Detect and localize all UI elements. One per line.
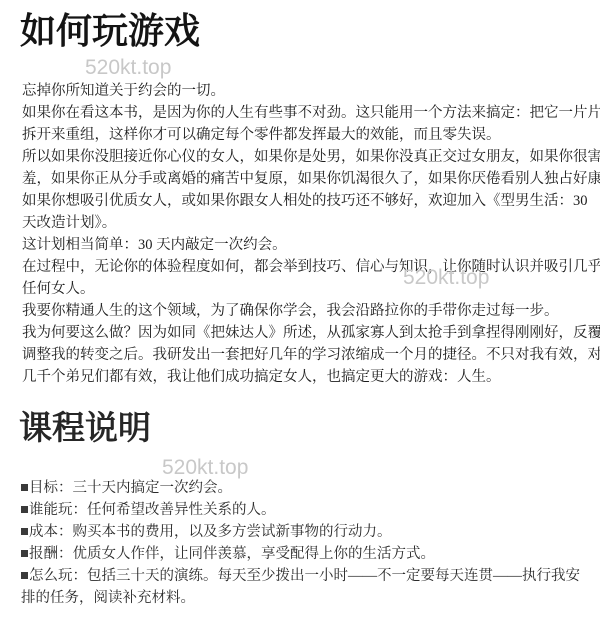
text-line: 这计划相当简单：30 天内敲定一次约会。	[22, 234, 588, 256]
bullet-text: 报酬：优质女人作伴，让同伴羡慕，享受配得上你的生活方式。	[29, 546, 435, 562]
bullet-item: 报酬：优质女人作伴，让同伴羡慕，享受配得上你的生活方式。	[21, 543, 583, 565]
bullet-item: 目标：三十天内搞定一次约会。	[21, 477, 583, 499]
text-line: 我要你精通人生的这个领域，为了确保你学会，我会沿路拉你的手带你走过每一步。	[22, 300, 588, 322]
course-bullets: 目标：三十天内搞定一次约会。 谁能玩：任何希望改善异性关系的人。 成本：购买本书…	[21, 477, 583, 609]
text-line: 拆开来重组，这样你才可以确定每个零件都发挥最大的效能，而且零失误。	[22, 124, 588, 146]
bullet-text: 谁能玩：任何希望改善异性关系的人。	[29, 502, 276, 518]
section2-title: 课程说明	[19, 406, 151, 452]
section1-title: 如何玩游戏	[20, 8, 200, 54]
bullet-text: 成本：购买本书的费用，以及多方尝试新事物的行动力。	[29, 524, 392, 540]
text-line: 羞，如果你正从分手或离婚的痛苦中复原，如果你饥渴很久了，如果你厌倦看别人独占好康…	[22, 168, 588, 190]
bullet-text: 怎么玩：包括三十天的演练。每天至少拨出一小时——不一定要每天连贯——执行我安排的…	[21, 568, 580, 606]
bullet-item: 谁能玩：任何希望改善异性关系的人。	[21, 499, 583, 521]
bullet-square-icon	[21, 550, 28, 557]
bullet-square-icon	[21, 528, 28, 535]
bullet-square-icon	[21, 506, 28, 513]
bullet-item: 怎么玩：包括三十天的演练。每天至少拨出一小时——不一定要每天连贯——执行我安排的…	[21, 565, 583, 609]
bullet-item: 成本：购买本书的费用，以及多方尝试新事物的行动力。	[21, 521, 583, 543]
text-line: 天改造计划》。	[22, 212, 588, 234]
text-line: 如果你想吸引优质女人，或如果你跟女人相处的技巧还不够好，欢迎加入《型男生活：30	[22, 190, 588, 212]
bullet-square-icon	[21, 484, 28, 491]
text-line: 在过程中，无论你的体验程度如何，都会举到技巧、信心与知识，让你随时认识并吸引几乎	[22, 256, 588, 278]
watermark-1: 520kt.top	[85, 56, 171, 80]
text-line: 如果你在看这本书，是因为你的人生有些事不对劲。这只能用一个方法来搞定：把它一片片	[22, 102, 588, 124]
text-line: 忘掉你所知道关于约会的一切。	[22, 80, 588, 102]
bullet-text: 目标：三十天内搞定一次约会。	[29, 480, 232, 496]
watermark-2: 520kt.top	[403, 266, 489, 290]
text-line: 几千个弟兄们都有效，我让他们成功搞定女人，也搞定更大的游戏：人生。	[22, 366, 588, 388]
text-line: 任何女人。	[22, 278, 588, 300]
text-line: 我为何要这么做？因为如同《把妹达人》所述，从孤家寡人到太抢手到拿捏得刚刚好，反覆	[22, 322, 588, 344]
section1-body: 忘掉你所知道关于约会的一切。 如果你在看这本书，是因为你的人生有些事不对劲。这只…	[22, 80, 588, 388]
text-line: 所以如果你没胆接近你心仪的女人，如果你是处男，如果你没真正交过女朋友，如果你很害	[22, 146, 588, 168]
bullet-square-icon	[21, 572, 28, 579]
text-line: 调整我的转变之后。我研发出一套把好几年的学习浓缩成一个月的捷径。不只对我有效，对	[22, 344, 588, 366]
document-page: 如何玩游戏 520kt.top 忘掉你所知道关于约会的一切。 如果你在看这本书，…	[0, 0, 600, 637]
